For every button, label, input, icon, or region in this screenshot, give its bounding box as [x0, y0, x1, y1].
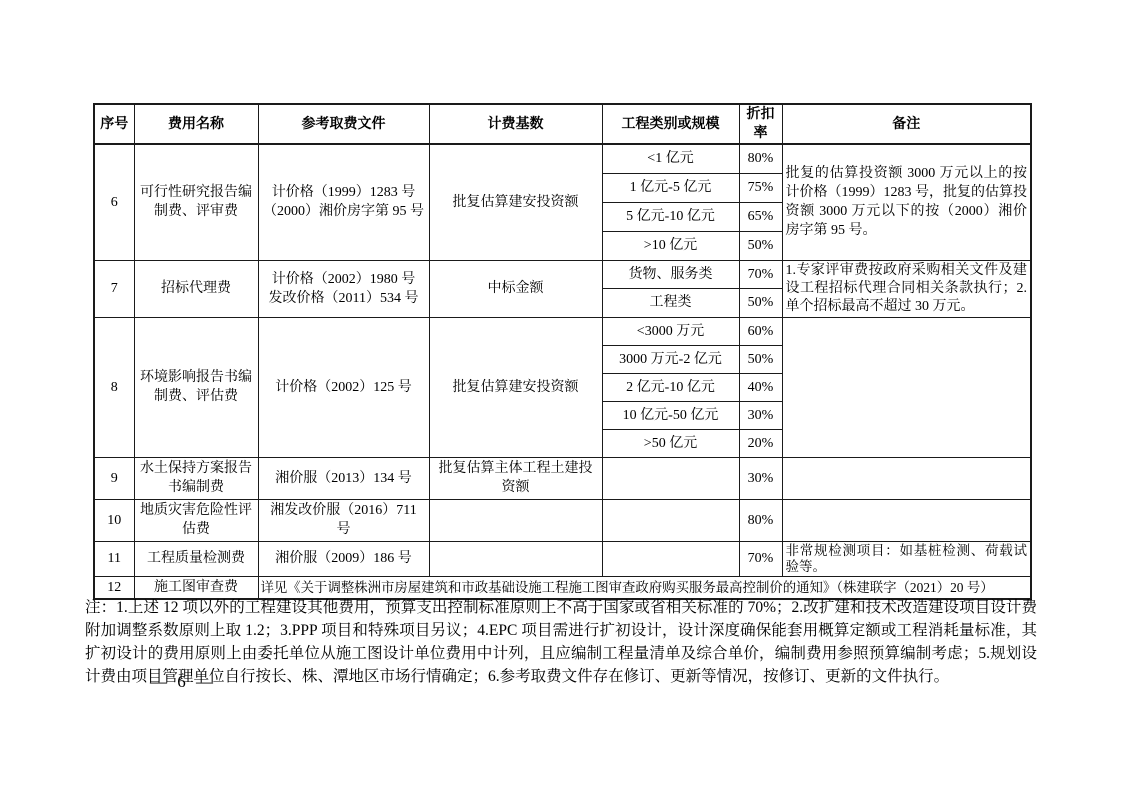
row6-remark-cell: 批复的估算投资额 3000 万元以上的按计价格（1999）1283 号，批复的估… [782, 144, 1031, 260]
row11-seq-cell: 11 [94, 541, 134, 576]
row10-seq-cell: 10 [94, 499, 134, 541]
row8-remark-cell [782, 317, 1031, 457]
table-row-10: 10 地质灾害危险性评估费 湘发改价服（2016）711 号 80% [94, 499, 1031, 541]
row9-basis-cell: 批复估算主体工程土建投资额 [429, 457, 602, 499]
row7-tier1-rate: 70% [739, 260, 782, 289]
header-scale: 工程类别或规模 [602, 104, 739, 144]
row7-seq-cell: 7 [94, 260, 134, 317]
row6-tier3-scale: 5 亿元-10 亿元 [602, 202, 739, 231]
row11-name-cell: 工程质量检测费 [134, 541, 258, 576]
page-number: — 6 — [150, 672, 216, 692]
row8-ref-cell: 计价格（2002）125 号 [258, 317, 429, 457]
row6-ref-line2: （2000）湘价房字第 95 号 [263, 202, 425, 221]
footnotes: 注：1.上述 12 项以外的工程建设其他费用，预算支出控制标准原则上不高于国家或… [85, 596, 1037, 688]
row6-tier1-rate: 80% [739, 144, 782, 173]
row6-tier4-scale: >10 亿元 [602, 231, 739, 260]
row11-ref-cell: 湘价服（2009）186 号 [258, 541, 429, 576]
row7-tier2-rate: 50% [739, 289, 782, 318]
row10-remark-cell [782, 499, 1031, 541]
row8-name-cell: 环境影响报告书编制费、评估费 [134, 317, 258, 457]
row6-ref-line1: 计价格（1999）1283 号 [263, 183, 425, 202]
row8-tier3-rate: 40% [739, 373, 782, 401]
row6-tier1-scale: <1 亿元 [602, 144, 739, 173]
row8-tier4-scale: 10 亿元-50 亿元 [602, 401, 739, 429]
row11-remark-cell: 非常规检测项目：如基桩检测、荷载试验等。 [782, 541, 1031, 576]
document-page: 序号 费用名称 参考取费文件 计费基数 工程类别或规模 折扣率 备注 6 可行性… [0, 0, 1123, 794]
row6-tier4-rate: 50% [739, 231, 782, 260]
row7-ref-line1: 计价格（2002）1980 号 [263, 270, 425, 289]
table-row-6: 6 可行性研究报告编制费、评审费 计价格（1999）1283 号 （2000）湘… [94, 144, 1031, 173]
row6-name-cell: 可行性研究报告编制费、评审费 [134, 144, 258, 260]
header-row: 序号 费用名称 参考取费文件 计费基数 工程类别或规模 折扣率 备注 [94, 104, 1031, 144]
row10-scale-cell [602, 499, 739, 541]
row9-seq-cell: 9 [94, 457, 134, 499]
header-remark: 备注 [782, 104, 1031, 144]
row10-basis-cell [429, 499, 602, 541]
row11-rate-cell: 70% [739, 541, 782, 576]
row8-seq-cell: 8 [94, 317, 134, 457]
table-row-8: 8 环境影响报告书编制费、评估费 计价格（2002）125 号 批复估算建安投资… [94, 317, 1031, 345]
row8-tier1-rate: 60% [739, 317, 782, 345]
row6-seq-cell: 6 [94, 144, 134, 260]
table-row-9: 9 水土保持方案报告书编制费 湘价服（2013）134 号 批复估算主体工程土建… [94, 457, 1031, 499]
header-seq: 序号 [94, 104, 134, 144]
table-row-11: 11 工程质量检测费 湘价服（2009）186 号 70% 非常规检测项目：如基… [94, 541, 1031, 576]
row8-tier2-rate: 50% [739, 345, 782, 373]
row10-ref-cell: 湘发改价服（2016）711 号 [258, 499, 429, 541]
row10-name-cell: 地质灾害危险性评估费 [134, 499, 258, 541]
header-fee-basis: 计费基数 [429, 104, 602, 144]
row6-basis-cell: 批复估算建安投资额 [429, 144, 602, 260]
row9-name-cell: 水土保持方案报告书编制费 [134, 457, 258, 499]
row11-scale-cell [602, 541, 739, 576]
header-discount-rate: 折扣率 [739, 104, 782, 144]
row6-tier2-scale: 1 亿元-5 亿元 [602, 173, 739, 202]
row7-tier2-scale: 工程类 [602, 289, 739, 318]
row6-tier3-rate: 65% [739, 202, 782, 231]
row7-remark-cell: 1.专家评审费按政府采购相关文件及建设工程招标代理合同相关条款执行；2.单个招标… [782, 260, 1031, 317]
row7-basis-cell: 中标金额 [429, 260, 602, 317]
row8-tier2-scale: 3000 万元-2 亿元 [602, 345, 739, 373]
row8-tier5-scale: >50 亿元 [602, 429, 739, 457]
row8-basis-cell: 批复估算建安投资额 [429, 317, 602, 457]
row8-tier1-scale: <3000 万元 [602, 317, 739, 345]
row8-tier5-rate: 20% [739, 429, 782, 457]
row8-tier4-rate: 30% [739, 401, 782, 429]
header-fee-name: 费用名称 [134, 104, 258, 144]
row10-rate-cell: 80% [739, 499, 782, 541]
row7-name-cell: 招标代理费 [134, 260, 258, 317]
row7-ref-line2: 发改价格（2011）534 号 [263, 289, 425, 308]
header-ref-doc: 参考取费文件 [258, 104, 429, 144]
row9-remark-cell [782, 457, 1031, 499]
table-row-7: 7 招标代理费 计价格（2002）1980 号 发改价格（2011）534 号 … [94, 260, 1031, 289]
row6-ref-cell: 计价格（1999）1283 号 （2000）湘价房字第 95 号 [258, 144, 429, 260]
row9-rate-cell: 30% [739, 457, 782, 499]
row11-basis-cell [429, 541, 602, 576]
row6-tier2-rate: 75% [739, 173, 782, 202]
row7-ref-cell: 计价格（2002）1980 号 发改价格（2011）534 号 [258, 260, 429, 317]
row7-tier1-scale: 货物、服务类 [602, 260, 739, 289]
row8-tier3-scale: 2 亿元-10 亿元 [602, 373, 739, 401]
row9-scale-cell [602, 457, 739, 499]
fee-table: 序号 费用名称 参考取费文件 计费基数 工程类别或规模 折扣率 备注 6 可行性… [93, 103, 1032, 600]
row9-ref-cell: 湘价服（2013）134 号 [258, 457, 429, 499]
